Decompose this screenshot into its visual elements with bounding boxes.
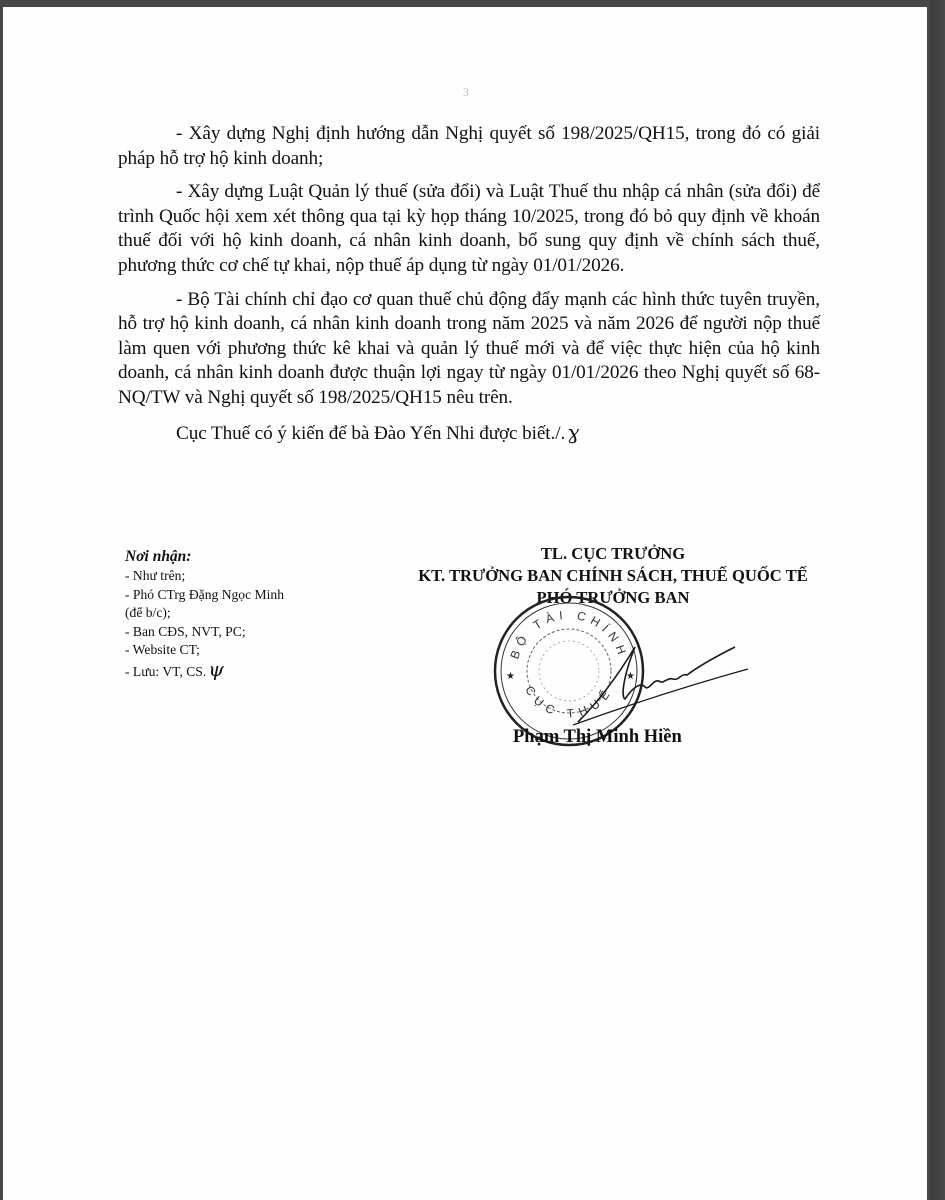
recipient-item: - Phó CTrg Đặng Ngọc Minh xyxy=(125,586,365,605)
closing-text: Cục Thuế có ý kiến để bà Đào Yến Nhi đượ… xyxy=(176,423,565,444)
handwritten-signature-icon xyxy=(563,627,753,727)
closing-line: Cục Thuế có ý kiến để bà Đào Yến Nhi đượ… xyxy=(118,420,820,447)
viewer-frame-edge xyxy=(930,0,945,1200)
recipient-item: - Như trên; xyxy=(125,567,365,586)
paragraph-ministry-guidance: - Bộ Tài chính chỉ đạo cơ quan thuế chủ … xyxy=(118,288,820,411)
recipients-block: Nơi nhận: - Như trên; - Phó CTrg Đặng Ng… xyxy=(125,547,365,682)
initial-mark-icon: ɣ xyxy=(567,420,579,444)
svg-text:★: ★ xyxy=(506,671,515,682)
document-body: - Xây dựng Nghị định hướng dẫn Nghị quyế… xyxy=(118,122,820,455)
paragraph-tax-law: - Xây dựng Luật Quản lý thuế (sửa đổi) v… xyxy=(118,180,820,278)
recipient-item: - Lưu: VT, CS.ψ xyxy=(125,660,365,682)
recipient-item: - Ban CĐS, NVT, PC; xyxy=(125,623,365,642)
initial-mark-icon: ψ xyxy=(208,657,224,681)
recipient-item: (để b/c); xyxy=(125,604,365,623)
signer-name: Phạm Thị Minh Hiền xyxy=(513,727,723,748)
signature-line-2: KT. TRƯỞNG BAN CHÍNH SÁCH, THUẾ QUỐC TẾ xyxy=(363,565,863,587)
recipient-archive: - Lưu: VT, CS. xyxy=(125,664,206,679)
page-number: 3 xyxy=(463,85,469,100)
document-page: 3 - Xây dựng Nghị định hướng dẫn Nghị qu… xyxy=(3,7,927,1200)
recipients-heading: Nơi nhận: xyxy=(125,547,365,567)
recipient-item: - Website CT; xyxy=(125,641,365,660)
signature-line-1: TL. CỤC TRƯỞNG xyxy=(363,543,863,565)
paragraph-decree: - Xây dựng Nghị định hướng dẫn Nghị quyế… xyxy=(118,122,820,171)
